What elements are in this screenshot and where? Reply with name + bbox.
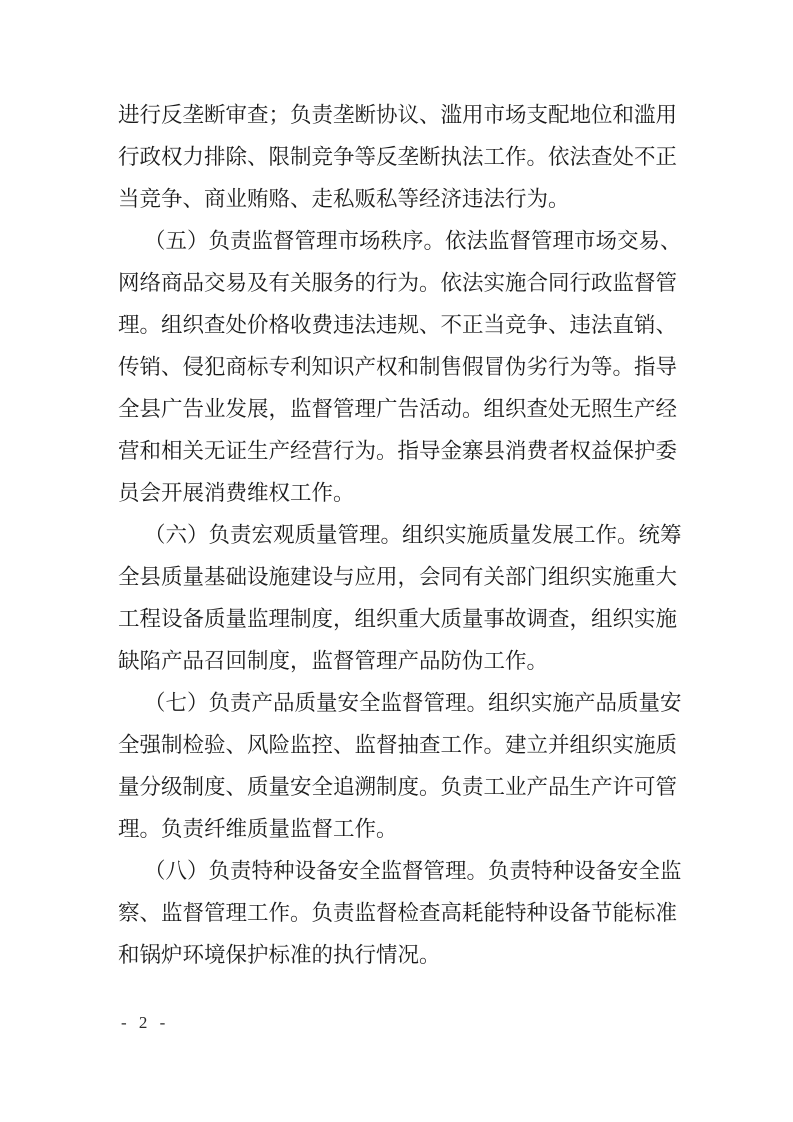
text-line: 行政权力排除、限制竞争等反垄断执法工作。依法查处不正 (118, 136, 684, 178)
text-line: 理。负责纤维质量监督工作。 (118, 808, 684, 850)
text-line: 营和相关无证生产经营行为。指导金寨县消费者权益保护委 (118, 430, 684, 472)
page-number: - 2 - (121, 1011, 166, 1035)
document-page: 进行反垄断审查；负责垄断协议、滥用市场支配地位和滥用行政权力排除、限制竞争等反垄… (0, 0, 793, 1122)
text-line: 当竞争、商业贿赂、走私贩私等经济违法行为。 (118, 178, 684, 220)
text-line: 缺陷产品召回制度，监督管理产品防伪工作。 (118, 640, 684, 682)
text-line: 全强制检验、风险监控、监督抽查工作。建立并组织实施质 (118, 724, 684, 766)
text-line: （五）负责监督管理市场秩序。依法监督管理市场交易、 (118, 220, 684, 262)
text-line: 进行反垄断审查；负责垄断协议、滥用市场支配地位和滥用 (118, 94, 684, 136)
text-line: 传销、侵犯商标专利知识产权和制售假冒伪劣行为等。指导 (118, 346, 684, 388)
text-line: 和锅炉环境保护标准的执行情况。 (118, 934, 684, 976)
text-line: 量分级制度、质量安全追溯制度。负责工业产品生产许可管 (118, 766, 684, 808)
text-line: （七）负责产品质量安全监督管理。组织实施产品质量安 (118, 682, 684, 724)
text-line: （八）负责特种设备安全监督管理。负责特种设备安全监 (118, 850, 684, 892)
text-line: 网络商品交易及有关服务的行为。依法实施合同行政监督管 (118, 262, 684, 304)
document-body-text: 进行反垄断审查；负责垄断协议、滥用市场支配地位和滥用行政权力排除、限制竞争等反垄… (118, 94, 684, 976)
text-line: 全县质量基础设施建设与应用，会同有关部门组织实施重大 (118, 556, 684, 598)
text-line: （六）负责宏观质量管理。组织实施质量发展工作。统筹 (118, 514, 684, 556)
text-line: 察、监督管理工作。负责监督检查高耗能特种设备节能标准 (118, 892, 684, 934)
text-line: 理。组织查处价格收费违法违规、不正当竞争、违法直销、 (118, 304, 684, 346)
text-line: 员会开展消费维权工作。 (118, 472, 684, 514)
text-line: 工程设备质量监理制度，组织重大质量事故调查，组织实施 (118, 598, 684, 640)
text-line: 全县广告业发展，监督管理广告活动。组织查处无照生产经 (118, 388, 684, 430)
